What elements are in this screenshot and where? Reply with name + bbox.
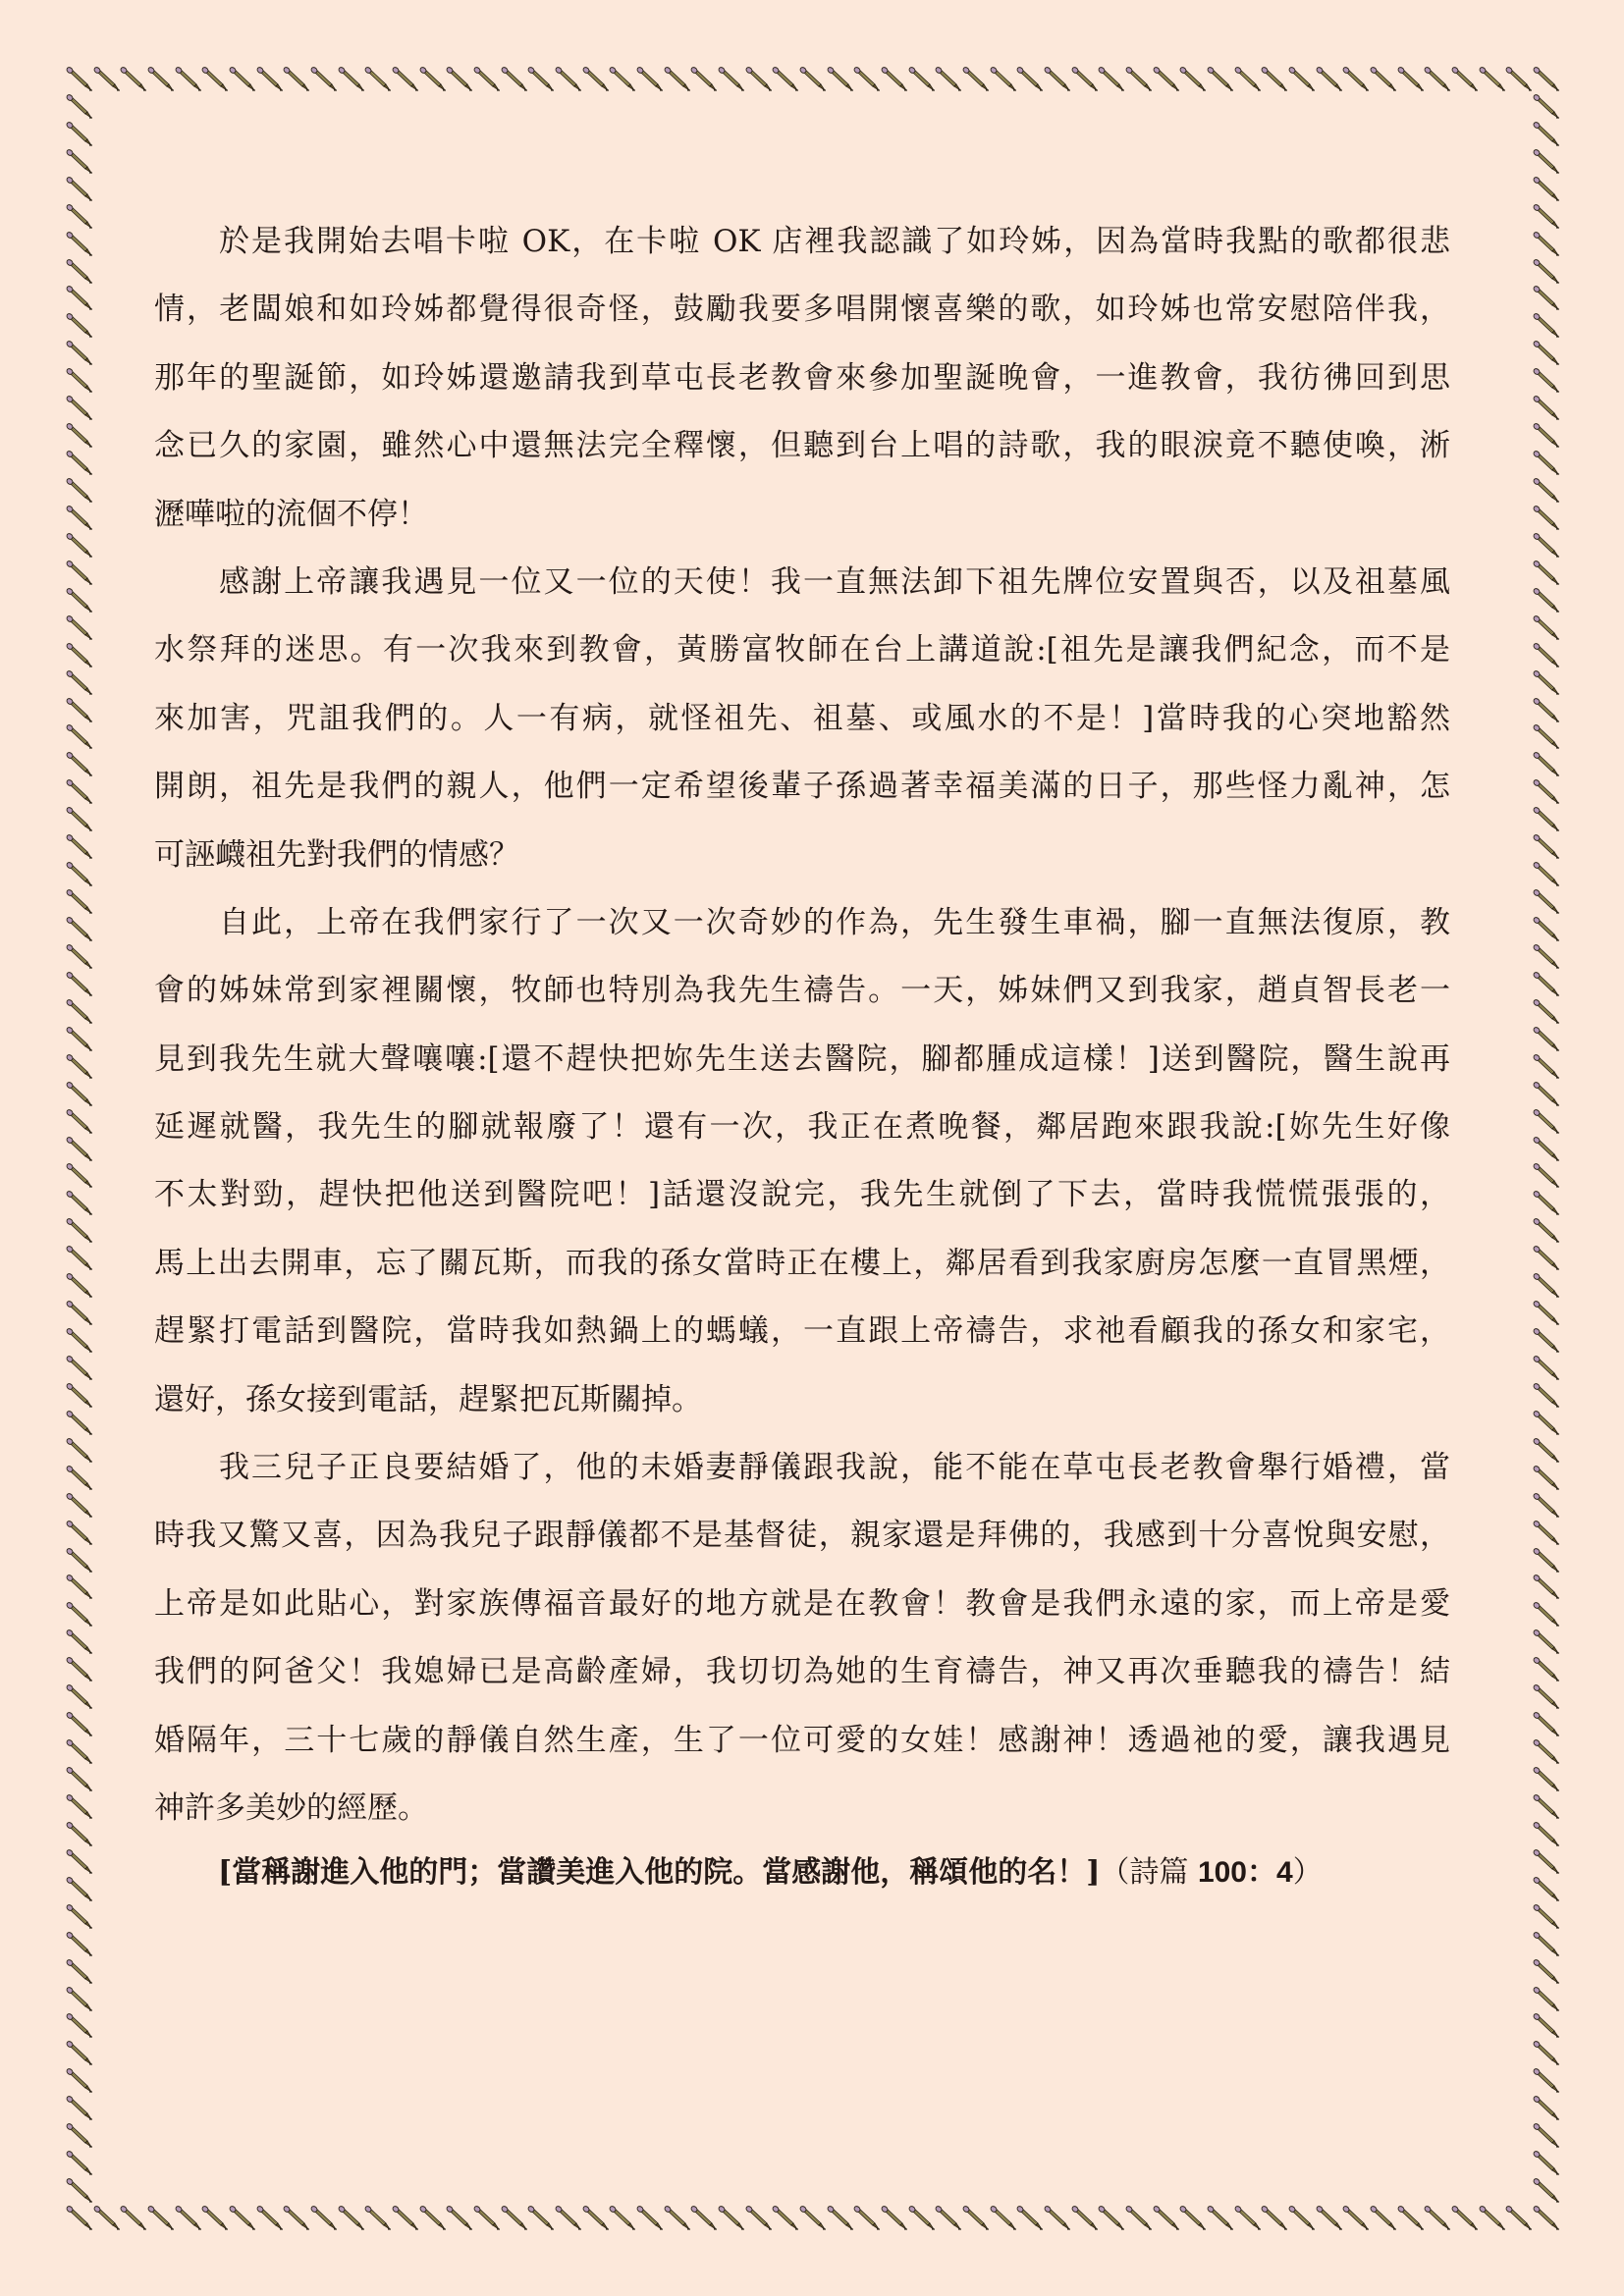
- pencil-icon: [582, 2206, 609, 2230]
- pencil-icon: [1533, 752, 1559, 776]
- pencil-icon: [66, 698, 92, 722]
- pencil-icon: [853, 2206, 880, 2230]
- pencil-icon: [1071, 67, 1098, 91]
- pencil-icon: [799, 67, 826, 91]
- pencil-icon: [1533, 478, 1559, 503]
- pencil-icon: [881, 2206, 907, 2230]
- pencil-icon: [419, 67, 446, 91]
- text-line: 於是我開始去唱卡啦 OK，在卡啦 OK 店裡我認識了如玲姊，因為當時我點的歌都很…: [154, 218, 1450, 286]
- text-line: 我們的阿爸父！我媳婦已是高齡產婦，我切切為她的生育禱告，神又再次垂聽我的禱告！結: [154, 1648, 1450, 1716]
- pencil-icon: [501, 2206, 527, 2230]
- pencil-icon: [1533, 1246, 1559, 1270]
- pencil-icon: [310, 67, 337, 91]
- pencil-icon: [1533, 834, 1559, 859]
- pencil-icon: [66, 1163, 92, 1188]
- pencil-icon: [1533, 1383, 1559, 1408]
- pencil-icon: [66, 1466, 92, 1490]
- pencil-icon: [66, 2068, 92, 2093]
- pencil-icon: [473, 67, 500, 91]
- text-line: 可誣衊祖先對我們的情感？: [154, 831, 1450, 899]
- pencil-icon: [1316, 2206, 1342, 2230]
- pencil-icon: [1533, 2096, 1559, 2120]
- pencil-icon: [66, 94, 92, 119]
- pencil-icon: [175, 2206, 201, 2230]
- pencil-icon: [1533, 1767, 1559, 1791]
- pencil-icon: [1533, 1959, 1559, 1984]
- pencil-icon: [1533, 1575, 1559, 1599]
- pencil-icon: [609, 2206, 635, 2230]
- pencil-icon: [962, 2206, 989, 2230]
- pencil-icon: [66, 944, 92, 969]
- pencil-icon: [1533, 2151, 1559, 2175]
- pencil-icon: [1533, 533, 1559, 558]
- pencil-icon: [1505, 67, 1532, 91]
- pencil-icon: [66, 67, 92, 91]
- pencil-icon: [66, 1657, 92, 1682]
- pencil-icon: [66, 1191, 92, 1215]
- pencil-icon: [1533, 1602, 1559, 1627]
- text-line: 自此，上帝在我們家行了一次又一次奇妙的作為，先生發生車禍，腳一直無法復原，教: [154, 899, 1450, 967]
- pencil-icon: [1533, 1739, 1559, 1764]
- pencil-icon: [745, 67, 772, 91]
- pencil-icon: [1533, 2041, 1559, 2065]
- pencil-icon: [1505, 2206, 1532, 2230]
- pencil-icon: [1533, 259, 1559, 284]
- pencil-icon: [1533, 1082, 1559, 1106]
- pencil-icon: [1016, 2206, 1043, 2230]
- pencil-icon: [1533, 1301, 1559, 1325]
- pencil-icon: [1533, 862, 1559, 886]
- pencil-icon: [66, 1273, 92, 1298]
- pencil-icon: [283, 67, 309, 91]
- article-body: 於是我開始去唱卡啦 OK，在卡啦 OK 店裡我認識了如玲姊，因為當時我點的歌都很…: [154, 218, 1450, 1852]
- pencil-icon: [1533, 724, 1559, 749]
- pencil-icon: [147, 2206, 174, 2230]
- pencil-icon: [66, 368, 92, 393]
- pencil-icon: [66, 670, 92, 695]
- pencil-icon: [66, 862, 92, 886]
- pencil-icon: [501, 67, 527, 91]
- text-line: 感謝上帝讓我遇見一位又一位的天使！我一直無法卸下祖先牌位安置與否，以及祖墓風: [154, 559, 1450, 626]
- pencil-icon: [1533, 1657, 1559, 1682]
- pencil-icon: [1533, 368, 1559, 393]
- pencil-icon: [66, 2096, 92, 2120]
- pencil-icon: [1098, 67, 1124, 91]
- pencil-icon: [1533, 286, 1559, 310]
- pencil-icon: [690, 67, 717, 91]
- pencil-icon: [1533, 999, 1559, 1024]
- pencil-icon: [1533, 1877, 1559, 1901]
- pencil-icon: [66, 889, 92, 914]
- pencil-icon: [1370, 67, 1396, 91]
- pencil-icon: [853, 67, 880, 91]
- pencil-icon: [962, 67, 989, 91]
- pencil-icon: [66, 643, 92, 667]
- pencil-icon: [1533, 2178, 1559, 2203]
- pencil-icon: [66, 1849, 92, 1874]
- pencil-icon: [1533, 341, 1559, 365]
- pencil-icon: [1533, 1629, 1559, 1654]
- pencil-icon: [990, 2206, 1016, 2230]
- pencil-icon: [66, 1739, 92, 1764]
- pencil-icon: [201, 67, 228, 91]
- text-line: 來加害，咒詛我們的。人一有病，就怪祖先、祖墓、或風水的不是！]當時我的心突地豁然: [154, 695, 1450, 763]
- bible-verse: [當稱謝進入他的門；當讚美進入他的院。當感謝他，稱頌他的名！]（詩篇 100：4…: [218, 1849, 1435, 1896]
- verse-text: [當稱謝進入他的門；當讚美進入他的院。當感謝他，稱頌他的名！]: [218, 1855, 1100, 1890]
- text-line: 我三兒子正良要結婚了，他的未婚妻靜儀跟我說，能不能在草屯長老教會舉行婚禮，當: [154, 1444, 1450, 1512]
- verse-reference-open: （詩篇: [1100, 1855, 1198, 1890]
- pencil-icon: [66, 1328, 92, 1353]
- pencil-icon: [201, 2206, 228, 2230]
- pencil-icon: [1533, 972, 1559, 996]
- pencil-icon: [1261, 2206, 1287, 2230]
- pencil-icon: [1533, 807, 1559, 831]
- pencil-icon: [1533, 1493, 1559, 1518]
- pencil-icon: [1342, 67, 1369, 91]
- pencil-icon: [827, 2206, 853, 2230]
- pencil-icon: [881, 67, 907, 91]
- pencil-icon: [1179, 67, 1206, 91]
- pencil-icon: [1071, 2206, 1098, 2230]
- pencil-icon: [1533, 917, 1559, 941]
- pencil-icon: [1153, 2206, 1179, 2230]
- pencil-icon: [1533, 1356, 1559, 1380]
- pencil-icon: [338, 67, 364, 91]
- pencil-icon: [66, 561, 92, 585]
- pencil-icon: [1261, 67, 1287, 91]
- pencil-icon: [175, 67, 201, 91]
- pencil-icon: [66, 1959, 92, 1984]
- pencil-icon: [229, 2206, 255, 2230]
- pencil-icon: [1533, 2013, 1559, 2038]
- pencil-icon: [446, 2206, 472, 2230]
- pencil-icon: [66, 1383, 92, 1408]
- pencil-icon: [527, 2206, 554, 2230]
- pencil-icon: [66, 834, 92, 859]
- pencil-icon: [1533, 2123, 1559, 2148]
- pencil-icon: [66, 341, 92, 365]
- pencil-icon: [66, 1548, 92, 1573]
- pencil-icon: [1533, 1027, 1559, 1051]
- pencil-icon: [990, 67, 1016, 91]
- pencil-icon: [1533, 204, 1559, 229]
- pencil-icon: [1533, 232, 1559, 256]
- pencil-icon: [66, 1767, 92, 1791]
- pencil-icon: [66, 1684, 92, 1709]
- pencil-icon: [772, 67, 798, 91]
- pencil-icon: [66, 1137, 92, 1161]
- pencil-icon: [1533, 177, 1559, 201]
- pencil-icon: [799, 2206, 826, 2230]
- pencil-icon: [1533, 670, 1559, 695]
- pencil-icon: [256, 2206, 283, 2230]
- pencil-icon: [1533, 1904, 1559, 1929]
- pencil-icon: [66, 122, 92, 146]
- pencil-icon: [664, 67, 690, 91]
- pencil-icon: [392, 67, 418, 91]
- pencil-icon: [1533, 423, 1559, 448]
- pencil-icon: [1533, 588, 1559, 613]
- pencil-icon: [66, 1794, 92, 1819]
- pencil-icon: [1533, 1411, 1559, 1435]
- pencil-icon: [66, 999, 92, 1024]
- pencil-icon: [66, 779, 92, 804]
- paragraph-2: 感謝上帝讓我遇見一位又一位的天使！我一直無法卸下祖先牌位安置與否，以及祖墓風 水…: [154, 559, 1450, 899]
- pencil-icon: [935, 2206, 961, 2230]
- pencil-icon: [66, 313, 92, 338]
- verse-reference-number: 100：4: [1198, 1856, 1293, 1889]
- pencil-icon: [1479, 67, 1505, 91]
- pencil-icon: [1533, 1521, 1559, 1545]
- pencil-icon: [66, 917, 92, 941]
- pencil-icon: [1153, 67, 1179, 91]
- pencil-icon: [1533, 396, 1559, 420]
- pencil-icon: [1397, 67, 1424, 91]
- pencil-icon: [1234, 67, 1261, 91]
- pencil-icon: [66, 1877, 92, 1901]
- pencil-icon: [66, 533, 92, 558]
- pencil-icon: [527, 67, 554, 91]
- pencil-icon: [1397, 2206, 1424, 2230]
- pencil-icon: [66, 2013, 92, 2038]
- pencil-icon: [690, 2206, 717, 2230]
- pencil-icon: [66, 2151, 92, 2175]
- pencil-icon: [1424, 2206, 1450, 2230]
- pencil-icon: [66, 1027, 92, 1051]
- pencil-icon: [1016, 67, 1043, 91]
- pencil-icon: [1533, 1328, 1559, 1353]
- pencil-icon: [66, 2178, 92, 2203]
- text-line: 水祭拜的迷思。有一次我來到教會，黃勝富牧師在台上講道說:[祖先是讓我們紀念，而不…: [154, 626, 1450, 694]
- text-line: 神許多美妙的經歷。: [154, 1785, 1450, 1852]
- pencil-icon: [66, 1987, 92, 2011]
- pencil-icon: [66, 972, 92, 996]
- text-line: 見到我先生就大聲嚷嚷:[還不趕快把妳先生送去醫院，腳都腫成這樣！]送到醫院，醫生…: [154, 1036, 1450, 1103]
- pencil-icon: [1533, 1137, 1559, 1161]
- pencil-icon: [935, 67, 961, 91]
- pencil-icon: [827, 67, 853, 91]
- pencil-icon: [1533, 451, 1559, 475]
- pencil-icon: [66, 259, 92, 284]
- pencil-icon: [1533, 698, 1559, 722]
- pencil-icon: [120, 2206, 146, 2230]
- pencil-icon: [1316, 67, 1342, 91]
- pencil-icon: [1451, 2206, 1478, 2230]
- pencil-icon: [1044, 67, 1070, 91]
- verse-reference-close: ）: [1293, 1855, 1323, 1890]
- pencil-icon: [229, 67, 255, 91]
- pencil-icon: [1533, 1932, 1559, 1956]
- pencil-icon: [1533, 1822, 1559, 1846]
- pencil-icon: [1125, 2206, 1152, 2230]
- pencil-icon: [636, 67, 663, 91]
- pencil-icon: [66, 1932, 92, 1956]
- pencil-icon: [364, 2206, 391, 2230]
- pencil-icon: [1533, 1109, 1559, 1134]
- pencil-icon: [1533, 1684, 1559, 1709]
- pencil-icon: [66, 1246, 92, 1270]
- text-line: 婚隔年，三十七歲的靜儀自然生產，生了一位可愛的女娃！感謝神！透過祂的愛，讓我遇見: [154, 1717, 1450, 1785]
- pencil-icon: [1424, 67, 1450, 91]
- text-line: 情，老闆娘和如玲姊都覺得很奇怪，鼓勵我要多唱開懷喜樂的歌，如玲姊也常安慰陪伴我，: [154, 286, 1450, 353]
- text-line: 會的姊妹常到家裡關懷，牧師也特別為我先生禱告。一天，姊妹們又到我家，趙貞智長老一: [154, 967, 1450, 1035]
- pencil-icon: [582, 67, 609, 91]
- text-line: 開朗，祖先是我們的親人，他們一定希望後輩子孫過著幸福美滿的日子，那些怪力亂神，怎: [154, 763, 1450, 830]
- pencil-icon: [66, 588, 92, 613]
- paragraph-1: 於是我開始去唱卡啦 OK，在卡啦 OK 店裡我認識了如玲姊，因為當時我點的歌都很…: [154, 218, 1450, 559]
- pencil-icon: [66, 1575, 92, 1599]
- pencil-icon: [1533, 1849, 1559, 1874]
- pencil-icon: [1533, 94, 1559, 119]
- pencil-icon: [66, 177, 92, 201]
- pencil-icon: [66, 396, 92, 420]
- pencil-icon: [1533, 561, 1559, 585]
- pencil-icon: [1533, 889, 1559, 914]
- pencil-icon: [718, 67, 744, 91]
- text-line: 時我又驚又喜，因為我兒子跟靜儀都不是基督徒，親家還是拜佛的，我感到十分喜悅與安慰…: [154, 1512, 1450, 1579]
- pencil-icon: [609, 67, 635, 91]
- pencil-icon: [1044, 2206, 1070, 2230]
- pencil-icon: [66, 286, 92, 310]
- pencil-icon: [1533, 1712, 1559, 1736]
- pencil-icon: [1207, 67, 1233, 91]
- paragraph-4: 我三兒子正良要結婚了，他的未婚妻靜儀跟我說，能不能在草屯長老教會舉行婚禮，當 時…: [154, 1444, 1450, 1852]
- pencil-icon: [908, 2206, 935, 2230]
- pencil-icon: [419, 2206, 446, 2230]
- pencil-icon: [66, 232, 92, 256]
- pencil-icon: [66, 1301, 92, 1325]
- pencil-icon: [1179, 2206, 1206, 2230]
- pencil-icon: [66, 506, 92, 530]
- pencil-icon: [1234, 2206, 1261, 2230]
- pencil-icon: [1533, 67, 1559, 91]
- pencil-icon: [66, 1054, 92, 1079]
- pencil-icon: [66, 423, 92, 448]
- pencil-icon: [664, 2206, 690, 2230]
- pencil-icon: [66, 724, 92, 749]
- pencil-icon: [1533, 1438, 1559, 1463]
- pencil-icon: [1533, 1794, 1559, 1819]
- pencil-icon: [1533, 313, 1559, 338]
- pencil-icon: [1533, 1191, 1559, 1215]
- pencil-icon: [1288, 2206, 1315, 2230]
- pencil-icon: [256, 67, 283, 91]
- pencil-icon: [555, 2206, 581, 2230]
- pencil-icon: [120, 67, 146, 91]
- pencil-icon: [283, 2206, 309, 2230]
- pencil-icon: [66, 1411, 92, 1435]
- text-line: 瀝嘩啦的流個不停！: [154, 491, 1450, 559]
- pencil-icon: [66, 807, 92, 831]
- pencil-icon: [93, 2206, 120, 2230]
- pencil-icon: [1533, 1218, 1559, 1243]
- pencil-icon: [1533, 779, 1559, 804]
- pencil-icon: [66, 2123, 92, 2148]
- pencil-icon: [66, 149, 92, 174]
- text-line: 馬上出去開車，忘了關瓦斯，而我的孫女當時正在樓上，鄰居看到我家廚房怎麼一直冒黑煙…: [154, 1240, 1450, 1308]
- pencil-icon: [1370, 2206, 1396, 2230]
- pencil-icon: [66, 1438, 92, 1463]
- pencil-icon: [93, 67, 120, 91]
- pencil-icon: [66, 752, 92, 776]
- pencil-icon: [1533, 1466, 1559, 1490]
- pencil-icon: [364, 67, 391, 91]
- pencil-icon: [908, 67, 935, 91]
- pencil-icon: [1533, 1548, 1559, 1573]
- pencil-icon: [1533, 1273, 1559, 1298]
- pencil-icon: [66, 1521, 92, 1545]
- pencil-icon: [66, 204, 92, 229]
- pencil-icon: [745, 2206, 772, 2230]
- pencil-icon: [555, 67, 581, 91]
- pencil-icon: [66, 1109, 92, 1134]
- pencil-icon: [1479, 2206, 1505, 2230]
- pencil-icon: [1533, 1163, 1559, 1188]
- pencil-icon: [1098, 2206, 1124, 2230]
- pencil-icon: [66, 1629, 92, 1654]
- pencil-icon: [66, 451, 92, 475]
- pencil-icon: [66, 1602, 92, 1627]
- text-line: 還好，孫女接到電話，趕緊把瓦斯關掉。: [154, 1376, 1450, 1444]
- pencil-icon: [1533, 944, 1559, 969]
- pencil-icon: [1533, 2206, 1559, 2230]
- pencil-icon: [1533, 643, 1559, 667]
- pencil-icon: [338, 2206, 364, 2230]
- pencil-icon: [310, 2206, 337, 2230]
- text-line: 不太對勁，趕快把他送到醫院吧！]話還沒說完，我先生就倒了下去，當時我慌慌張張的，: [154, 1171, 1450, 1239]
- pencil-icon: [66, 478, 92, 503]
- pencil-icon: [66, 1712, 92, 1736]
- pencil-icon: [446, 67, 472, 91]
- pencil-icon: [1533, 1054, 1559, 1079]
- pencil-icon: [1288, 67, 1315, 91]
- pencil-icon: [772, 2206, 798, 2230]
- paragraph-3: 自此，上帝在我們家行了一次又一次奇妙的作為，先生發生車禍，腳一直無法復原，教 會…: [154, 899, 1450, 1444]
- pencil-icon: [1533, 506, 1559, 530]
- pencil-icon: [1533, 2068, 1559, 2093]
- pencil-icon: [147, 67, 174, 91]
- pencil-icon: [66, 1904, 92, 1929]
- pencil-icon: [1533, 1987, 1559, 2011]
- pencil-icon: [66, 1218, 92, 1243]
- text-line: 延遲就醫，我先生的腳就報廢了！還有一次，我正在煮晚餐，鄰居跑來跟我說:[妳先生好…: [154, 1103, 1450, 1171]
- pencil-icon: [1207, 2206, 1233, 2230]
- pencil-icon: [66, 615, 92, 640]
- pencil-icon: [718, 2206, 744, 2230]
- text-line: 上帝是如此貼心，對家族傳福音最好的地方就是在教會！教會是我們永遠的家，而上帝是愛: [154, 1580, 1450, 1648]
- pencil-icon: [1451, 67, 1478, 91]
- pencil-icon: [66, 1356, 92, 1380]
- pencil-icon: [66, 1822, 92, 1846]
- pencil-icon: [66, 2041, 92, 2065]
- text-line: 念已久的家園，雖然心中還無法完全釋懷，但聽到台上唱的詩歌，我的眼淚竟不聽使喚，淅: [154, 422, 1450, 490]
- pencil-icon: [636, 2206, 663, 2230]
- pencil-icon: [66, 1493, 92, 1518]
- pencil-icon: [66, 1082, 92, 1106]
- text-line: 那年的聖誕節，如玲姊還邀請我到草屯長老教會來參加聖誕晚會，一進教會，我彷彿回到思: [154, 354, 1450, 422]
- pencil-icon: [1533, 149, 1559, 174]
- text-line: 趕緊打電話到醫院，當時我如熱鍋上的螞蟻，一直跟上帝禱告，求祂看顧我的孫女和家宅，: [154, 1308, 1450, 1375]
- pencil-icon: [1533, 615, 1559, 640]
- pencil-icon: [392, 2206, 418, 2230]
- pencil-icon: [66, 2206, 92, 2230]
- pencil-icon: [1342, 2206, 1369, 2230]
- pencil-icon: [1125, 67, 1152, 91]
- pencil-icon: [473, 2206, 500, 2230]
- pencil-icon: [1533, 122, 1559, 146]
